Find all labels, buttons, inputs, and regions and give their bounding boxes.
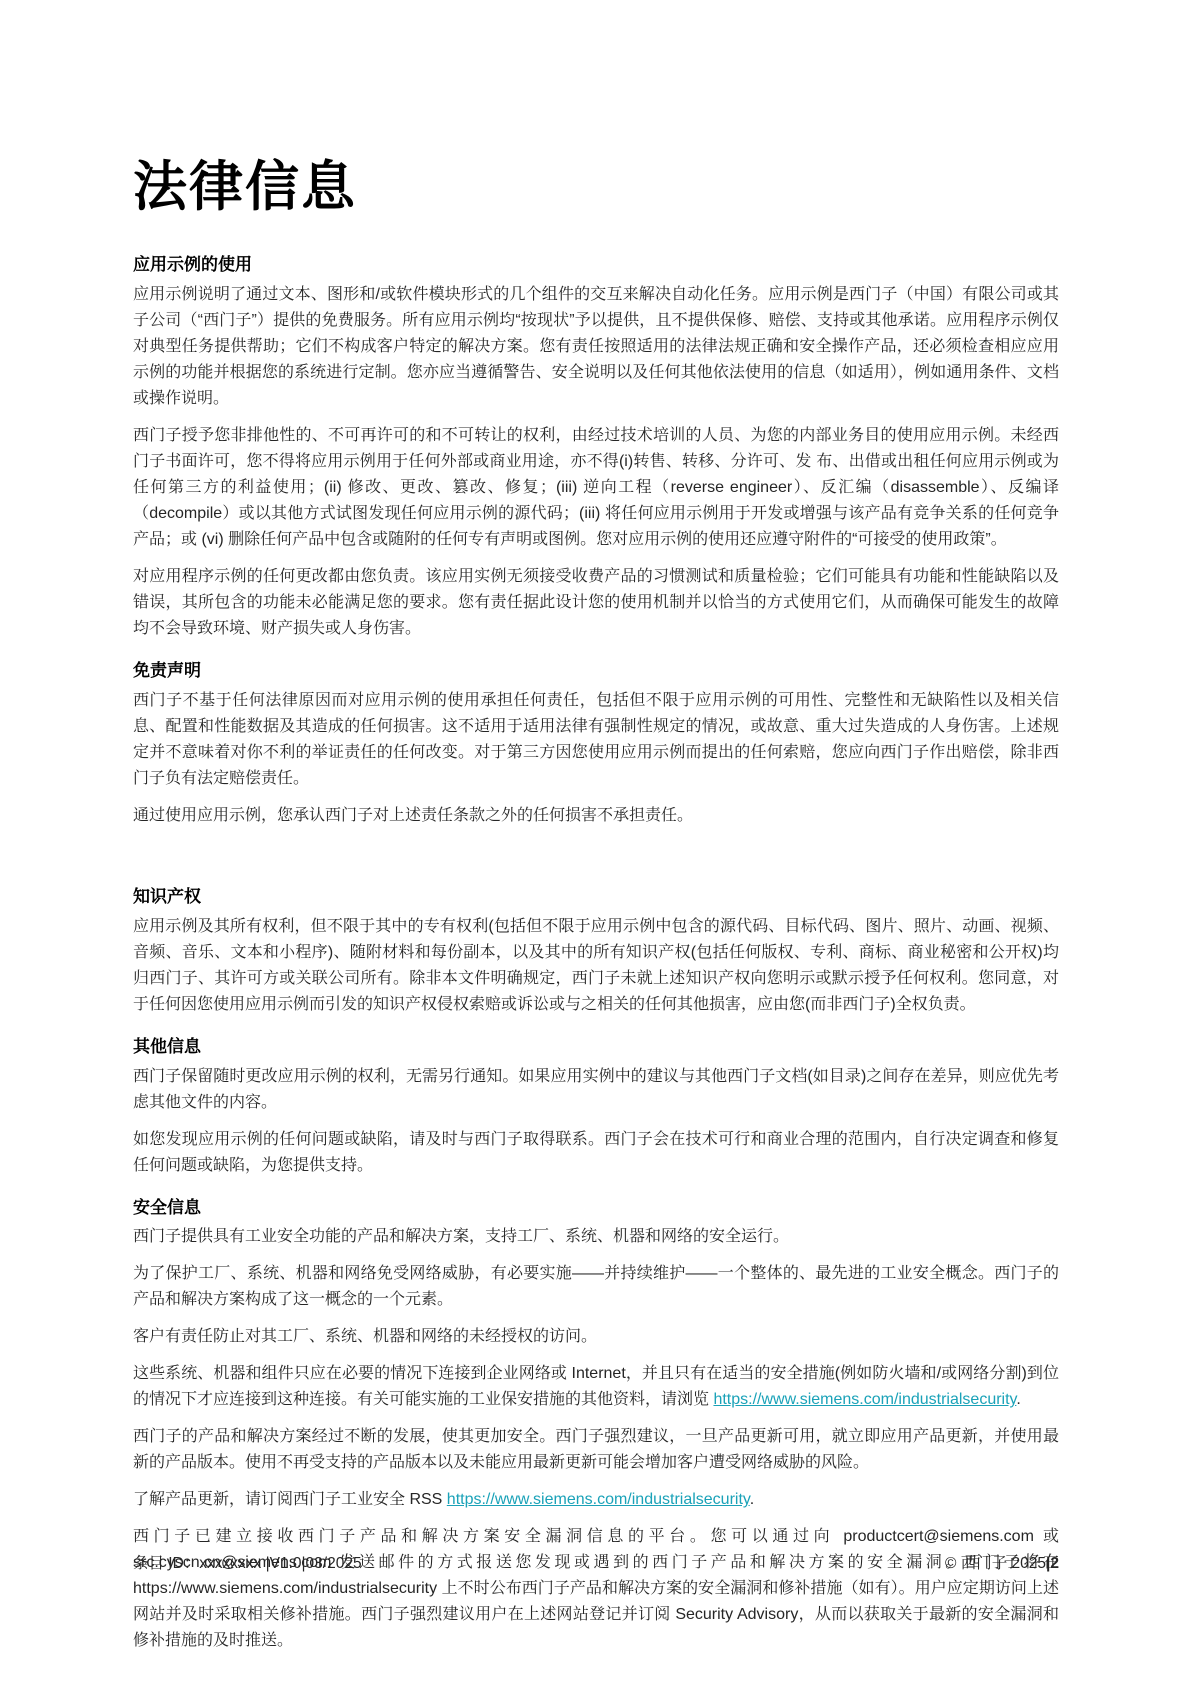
document-content: 法律信息 应用示例的使用应用示例说明了通过文本、图形和/或软件模块形式的几个组件… — [133, 158, 1059, 1665]
paragraph: 西门子提供具有工业安全功能的产品和解决方案，支持工厂、系统、机器和网络的安全运行… — [133, 1224, 1059, 1250]
paragraph: 西门子保留随时更改应用示例的权利，无需另行通知。如果应用实例中的建议与其他西门子… — [133, 1064, 1059, 1116]
paragraph: 这些系统、机器和组件只应在必要的情况下连接到企业网络或 Internet，并且只… — [133, 1361, 1059, 1413]
footer-copyright: © 西门子 2025|2 — [945, 1551, 1059, 1573]
paragraph: 西门子不基于任何法律原因而对应用示例的使用承担任何责任，包括但不限于应用示例的可… — [133, 688, 1059, 792]
text-run: 西门子提供具有工业安全功能的产品和解决方案，支持工厂、系统、机器和网络的安全运行… — [133, 1228, 789, 1245]
paragraph: 通过使用应用示例，您承认西门子对上述责任条款之外的任何损害不承担责任。 — [133, 803, 1059, 829]
footer-document-id: 条目 ID：xxxxxxxx |V1.0|03/2025 — [133, 1551, 362, 1573]
section-heading-disclaimer: 免责声明 — [133, 659, 1059, 683]
text-run: 通过使用应用示例，您承认西门子对上述责任条款之外的任何损害不承担责任。 — [133, 807, 693, 824]
footer-page-number: 2 — [1050, 1555, 1059, 1572]
text-run: 如您发现应用示例的任何问题或缺陷，请及时与西门子取得联系。西门子会在技术可行和商… — [133, 1131, 1059, 1174]
paragraph: 对应用程序示例的任何更改都由您负责。该应用实例无须接受收费产品的习惯测试和质量检… — [133, 564, 1059, 642]
text-run: 西门子的产品和解决方案经过不断的发展，使其更加安全。西门子强烈建议，一旦产品更新… — [133, 1428, 1059, 1471]
text-run: 西门子已建立接收西门子产品和解决方案安全漏洞信息的平台。您可以通过向 produ… — [133, 1528, 1059, 1649]
text-run: . — [750, 1491, 754, 1508]
text-run: 西门子授予您非排他性的、不可再许可的和不可转让的权利，由经过技术培训的人员、为您… — [133, 427, 1059, 548]
section-heading-security-information: 安全信息 — [133, 1196, 1059, 1220]
page-footer: 条目 ID：xxxxxxxx |V1.0|03/2025 © 西门子 2025|… — [133, 1551, 1059, 1573]
section-heading-intellectual-property: 知识产权 — [133, 885, 1059, 909]
text-run: 应用示例及其所有权利，但不限于其中的专有权利(包括但不限于应用示例中包含的源代码… — [133, 918, 1059, 1013]
text-run: 西门子不基于任何法律原因而对应用示例的使用承担任何责任，包括但不限于应用示例的可… — [133, 692, 1059, 787]
text-run: 了解产品更新，请订阅西门子工业安全 RSS — [133, 1491, 447, 1508]
paragraph: 应用示例说明了通过文本、图形和/或软件模块形式的几个组件的交互来解决自动化任务。… — [133, 282, 1059, 412]
paragraph: 西门子已建立接收西门子产品和解决方案安全漏洞信息的平台。您可以通过向 produ… — [133, 1524, 1059, 1654]
industrial-security-link[interactable]: https://www.siemens.com/industrialsecuri… — [713, 1391, 1016, 1408]
paragraph: 为了保护工厂、系统、机器和网络免受网络威胁，有必要实施——并持续维护——一个整体… — [133, 1261, 1059, 1313]
sections-container: 应用示例的使用应用示例说明了通过文本、图形和/或软件模块形式的几个组件的交互来解… — [133, 253, 1059, 1654]
text-run: 应用示例说明了通过文本、图形和/或软件模块形式的几个组件的交互来解决自动化任务。… — [133, 286, 1059, 407]
section-security-information: 安全信息西门子提供具有工业安全功能的产品和解决方案，支持工厂、系统、机器和网络的… — [133, 1196, 1059, 1655]
section-heading-other-information: 其他信息 — [133, 1035, 1059, 1059]
section-disclaimer: 免责声明西门子不基于任何法律原因而对应用示例的使用承担任何责任，包括但不限于应用… — [133, 659, 1059, 829]
paragraph: 应用示例及其所有权利，但不限于其中的专有权利(包括但不限于应用示例中包含的源代码… — [133, 914, 1059, 1018]
paragraph: 客户有责任防止对其工厂、系统、机器和网络的未经授权的访问。 — [133, 1324, 1059, 1350]
text-run: 为了保护工厂、系统、机器和网络免受网络威胁，有必要实施——并持续维护——一个整体… — [133, 1265, 1059, 1308]
text-run: . — [1016, 1391, 1020, 1408]
paragraph: 西门子授予您非排他性的、不可再许可的和不可转让的权利，由经过技术培训的人员、为您… — [133, 423, 1059, 553]
section-other-information: 其他信息西门子保留随时更改应用示例的权利，无需另行通知。如果应用实例中的建议与其… — [133, 1035, 1059, 1179]
copyright-text: © 西门子 2025 — [945, 1555, 1046, 1572]
paragraph: 如您发现应用示例的任何问题或缺陷，请及时与西门子取得联系。西门子会在技术可行和商… — [133, 1127, 1059, 1179]
paragraph: 了解产品更新，请订阅西门子工业安全 RSS https://www.siemen… — [133, 1487, 1059, 1513]
text-run: 对应用程序示例的任何更改都由您负责。该应用实例无须接受收费产品的习惯测试和质量检… — [133, 568, 1059, 637]
section-usage-of-application-examples: 应用示例的使用应用示例说明了通过文本、图形和/或软件模块形式的几个组件的交互来解… — [133, 253, 1059, 642]
legal-information-page: 法律信息 应用示例的使用应用示例说明了通过文本、图形和/或软件模块形式的几个组件… — [0, 0, 1190, 1683]
paragraph: 西门子的产品和解决方案经过不断的发展，使其更加安全。西门子强烈建议，一旦产品更新… — [133, 1424, 1059, 1476]
industrial-security-link[interactable]: https://www.siemens.com/industrialsecuri… — [447, 1491, 750, 1508]
section-intellectual-property: 知识产权应用示例及其所有权利，但不限于其中的专有权利(包括但不限于应用示例中包含… — [133, 885, 1059, 1018]
section-heading-usage-of-application-examples: 应用示例的使用 — [133, 253, 1059, 277]
text-run: 客户有责任防止对其工厂、系统、机器和网络的未经授权的访问。 — [133, 1328, 597, 1345]
text-run: 西门子保留随时更改应用示例的权利，无需另行通知。如果应用实例中的建议与其他西门子… — [133, 1068, 1059, 1111]
page-title: 法律信息 — [133, 158, 1059, 217]
